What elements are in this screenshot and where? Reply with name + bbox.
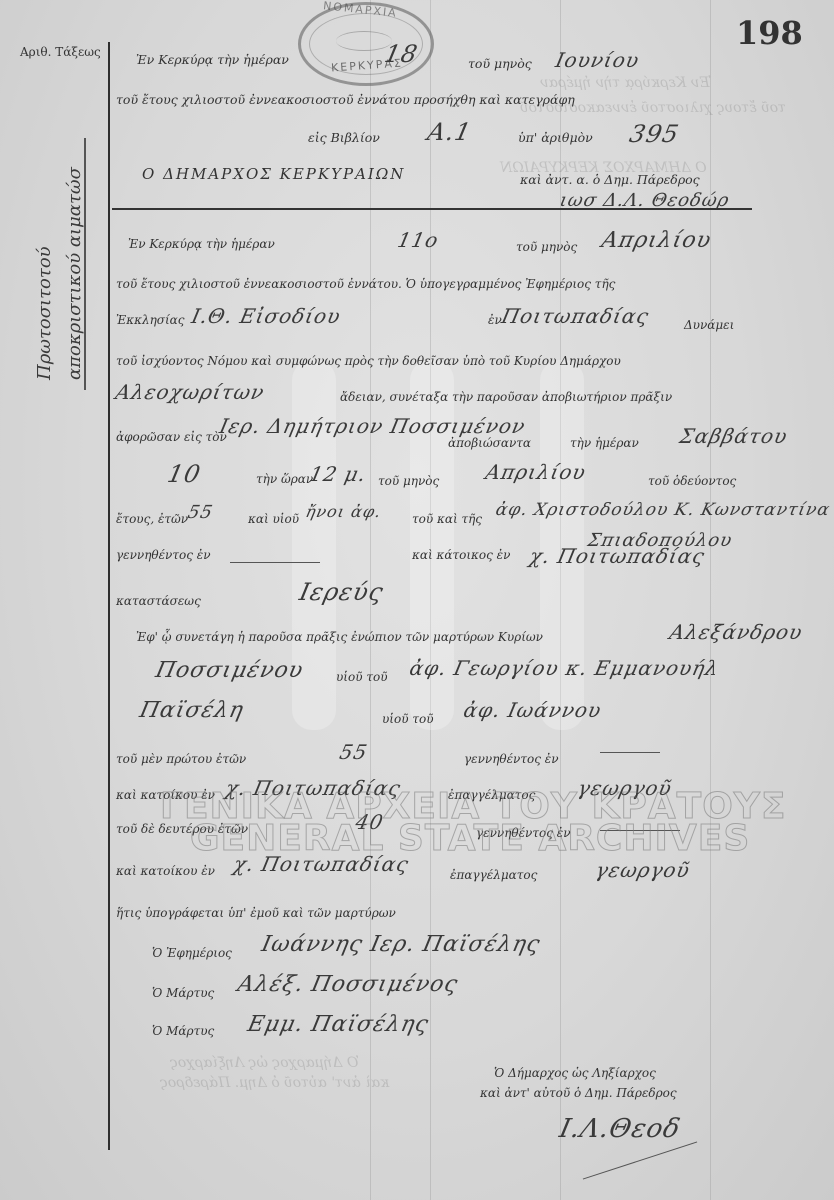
witness1-sig-label: Ὁ Μάρτυς xyxy=(152,986,214,1000)
header-line2: τοῦ ἔτους χιλιοστοῦ ἐννεακοσιοστοῦ ἐννάτ… xyxy=(116,92,575,107)
witness1-first-name: Αλεξάνδρου xyxy=(667,620,805,644)
deceased-name: Ιερ. Δημήτριον Ποσσιμένον xyxy=(217,414,528,438)
church-place: Ποιτωπαδίας xyxy=(499,304,651,328)
book-value: Α.1 xyxy=(425,118,474,146)
parents-names: ἀφ. Χριστοδούλου Κ. Κωνσταντίνα xyxy=(494,500,832,520)
header-date-prefix: Ἐν Κερκύρᾳ τὴν ἡμέραν xyxy=(136,52,289,67)
day-label: τὴν ἡμέραν xyxy=(570,436,639,450)
fold-line xyxy=(710,0,711,1200)
death-weekday: Σαββάτου xyxy=(677,424,790,448)
body-day: 11ο xyxy=(395,228,441,252)
died-label: ἀποβιώσαντα xyxy=(448,436,531,450)
deceased-age: 55 xyxy=(186,502,215,523)
death-day: 10 xyxy=(165,460,203,488)
first-witness-born-label: γεννηθέντος ἐν xyxy=(464,752,558,766)
header-divider xyxy=(112,208,752,210)
header-month-label: τοῦ μηνὸς xyxy=(468,56,532,71)
witness1-father: ἀφ. Γεωργίου κ. Εμμανουήλ xyxy=(407,656,721,680)
stamp-emblem-icon xyxy=(336,31,392,51)
registrar-flourish xyxy=(583,1141,697,1179)
status-label: καταστάσεως xyxy=(116,594,201,608)
page-number: 198 xyxy=(736,14,803,52)
witness1-son-of-label: υἱοῦ τοῦ xyxy=(336,670,388,684)
line3-suffix: Δυνάμει xyxy=(684,318,734,332)
born-blank-line xyxy=(230,562,320,563)
parents-label: τοῦ καὶ τῆς xyxy=(412,512,482,526)
witness2-signature: Εμμ. Παϊσέλης xyxy=(245,1012,431,1037)
register-number: 395 xyxy=(627,120,682,148)
serial-number-label: Αριθ. Τάξεως xyxy=(20,45,101,59)
deceased-residence: χ. Ποιτωπαδίας xyxy=(527,544,707,568)
priest-label: Ὁ Ἐφημέριος xyxy=(152,946,232,960)
church-name: Ι.Θ. Εἰσοδίου xyxy=(189,304,343,328)
witness-intro: Ἐφ' ᾧ συνετάγη ἡ παροῦσα πρᾶξις ἐνώπιον … xyxy=(136,630,543,644)
header-month: Ιουνίου xyxy=(553,48,641,72)
priest-signature: Ιωάννης Ιερ. Παϊσέλης xyxy=(259,932,542,957)
first-witness-born-blank xyxy=(600,752,660,753)
death-hour: 12 μ. xyxy=(307,462,368,486)
second-witness-occupation-label: ἐπαγγέλματος xyxy=(450,868,537,882)
archive-watermark-english: GENERAL STATE ARCHIVES xyxy=(190,818,750,859)
permit-issuer: Αλεοχωρίτων xyxy=(113,380,267,404)
witness2-sig-label: Ὁ Μάρτυς xyxy=(152,1024,214,1038)
second-witness-residence-label: καὶ κατοίκου ἐν xyxy=(116,864,215,878)
left-rule xyxy=(108,42,110,1150)
registrar-signature: Ι.Λ.Θεοδ xyxy=(557,1114,684,1144)
death-month-label: τοῦ μηνὸς xyxy=(378,474,439,488)
current-year-label: τοῦ ὁδεύοντος xyxy=(648,474,736,488)
resident-label: καὶ κάτοικος ἐν xyxy=(412,548,510,562)
hour-label: τὴν ὥραν xyxy=(256,472,313,486)
first-witness-age: 55 xyxy=(337,740,370,764)
number-label: ὑπ' ἀριθμὸν xyxy=(518,130,593,145)
book-label: εἰς Βιβλίον xyxy=(308,130,380,145)
header-day: 18 xyxy=(382,40,420,68)
body-date-prefix: Ἐν Κερκύρᾳ τὴν ἡμέραν xyxy=(128,237,275,251)
witness1-signature: Αλέξ. Ποσσιμένος xyxy=(235,972,460,997)
relation-note: ἤνοι ἀφ. xyxy=(304,502,383,521)
death-month: Απριλίου xyxy=(483,460,588,484)
closing-text: ἥτις ὑπογράφεται ὑπ' ἐμοῦ καὶ τῶν μαρτύρ… xyxy=(116,906,396,920)
margin-note: Πρωτοσιτοτού αποκριστικού αιματώσ xyxy=(30,167,90,380)
body-line2: τοῦ ἔτους χιλιοστοῦ ἐννεακοσιοστοῦ ἐννάτ… xyxy=(116,277,615,291)
church-label: Ἐκκλησίας xyxy=(116,313,185,327)
mayor-title: Ο ΔΗΜΑΡΧΟΣ ΚΕΡΚΥΡΑΙΩΝ xyxy=(142,165,405,183)
age-label: ἔτους, ἐτῶν xyxy=(116,512,188,526)
born-label: γεννηθέντος ἐν xyxy=(116,548,210,562)
document-page: Ἐν Κερκύρᾳ τὴν ἡμέραν τοῦ ἔτους χιλιοστο… xyxy=(0,0,834,1200)
witness2-son-of-label: υἱοῦ τοῦ xyxy=(382,712,434,726)
deceased-status: Ιερεύς xyxy=(297,578,386,606)
body-month-label: τοῦ μηνὸς xyxy=(516,240,577,254)
first-witness-age-label: τοῦ μὲν πρώτου ἐτῶν xyxy=(116,752,246,766)
witness1-surname: Ποσσιμένου xyxy=(153,658,306,683)
concerning-label: ἀφορῶσαν εἰς τὸν xyxy=(116,430,227,444)
body-line4: τοῦ ἰσχύοντος Νόμου καὶ συμφώνως πρὸς τὴ… xyxy=(116,354,621,368)
deputy-label: καὶ ἀντ. α. ὁ Δημ. Πάρεδρος xyxy=(520,172,700,187)
witness2-surname: Παϊσέλη xyxy=(137,698,246,723)
son-label: καὶ υἱοῦ xyxy=(248,512,299,526)
registrar-line1: Ὁ Δήμαρχος ὡς Ληξίαρχος xyxy=(494,1066,656,1080)
second-witness-occupation: γεωργοῦ xyxy=(593,858,692,882)
body-month: Απριλίου xyxy=(599,228,713,253)
body-line5: ἄδειαν, συνέταξα τὴν παροῦσαν ἀποβιωτήρι… xyxy=(340,390,672,404)
registrar-line2: καὶ ἀντ' αὐτοῦ ὁ Δημ. Πάρεδρος xyxy=(480,1086,677,1100)
witness2-father: ἀφ. Ιωάννου xyxy=(461,698,604,722)
